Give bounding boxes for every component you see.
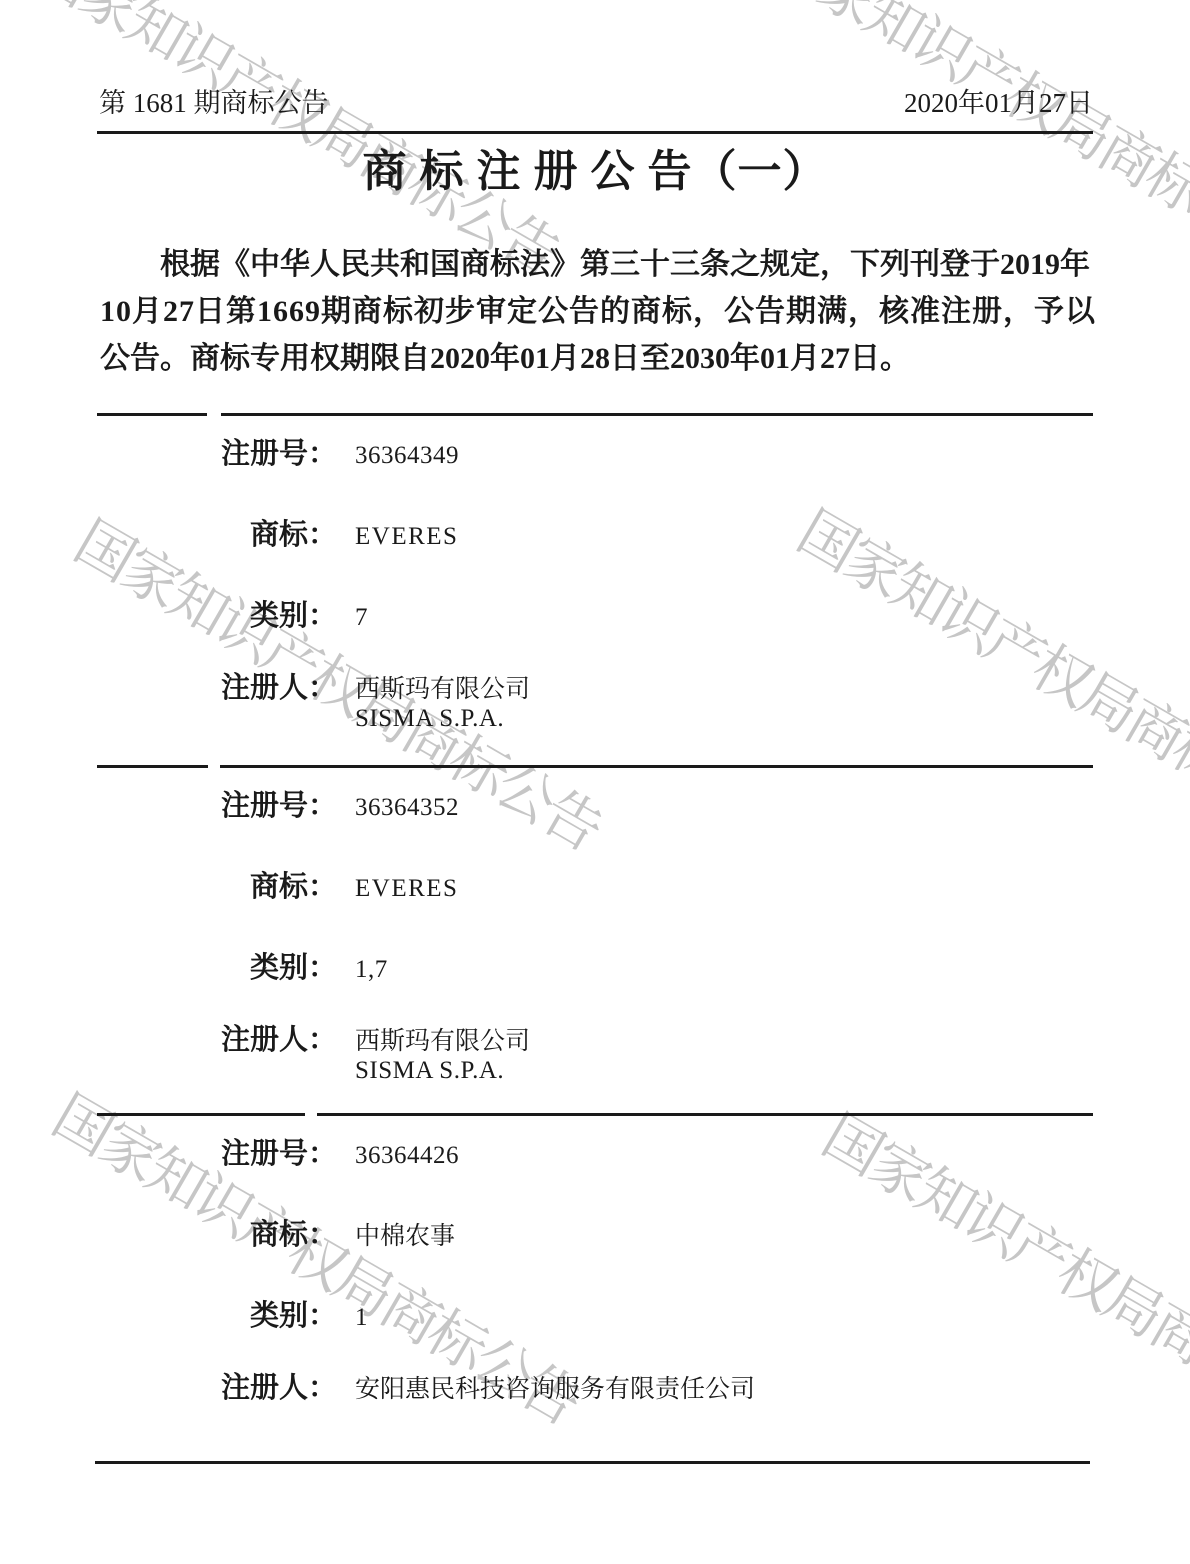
trademark-record: 注册号：36364349 商标：EVERES 类别：7 注册人：西斯玛有限公司 … [97, 413, 1093, 765]
field-label-registrant: 注册人： [97, 665, 337, 706]
trademark-row: 商标：中棉农事 [97, 1212, 1093, 1250]
gazette-date: 2020年01月27日 [904, 87, 1093, 119]
intro-line: 公告。商标专用权期限自2020年01月28日至2030年01月27日。 [100, 335, 1092, 382]
field-label-registrant: 注册人： [97, 1017, 337, 1058]
registration-number-row: 注册号：36364426 [97, 1131, 1093, 1169]
category-value: 1 [355, 1304, 368, 1331]
rule-gap [208, 765, 220, 768]
registrant-row: 注册人：西斯玛有限公司 [97, 1017, 1093, 1055]
field-label-trademark: 商标： [97, 864, 337, 905]
registration-number-value: 36364426 [355, 1142, 459, 1169]
registrant-cn-value: 西斯玛有限公司 [355, 676, 530, 703]
trademark-value: 中棉农事 [355, 1223, 455, 1250]
field-label-trademark: 商标： [97, 512, 337, 553]
registrant-en-row: SISMA S.P.A. [97, 1057, 1093, 1095]
field-label-category: 类别： [97, 1293, 337, 1334]
registrant-en-value: SISMA S.P.A. [355, 705, 504, 733]
field-label-reg-no: 注册号： [97, 1131, 337, 1172]
field-label-category: 类别： [97, 945, 337, 986]
intro-paragraph: 根据《中华人民共和国商标法》第三十三条之规定，下列刊登于2019年 10月27日… [100, 241, 1092, 382]
intro-line: 根据《中华人民共和国商标法》第三十三条之规定，下列刊登于2019年 [100, 241, 1092, 288]
trademark-record: 注册号：36364426 商标：中棉农事 类别：1 注册人：安阳惠民科技咨询服务… [97, 1113, 1093, 1461]
category-row: 类别：1,7 [97, 945, 1093, 983]
trademark-row: 商标：EVERES [97, 864, 1093, 902]
trademark-row: 商标：EVERES [97, 512, 1093, 550]
field-label-trademark: 商标： [97, 1212, 337, 1253]
registration-number-value: 36364352 [355, 794, 459, 821]
registration-number-row: 注册号：36364349 [97, 431, 1093, 469]
registration-number-row: 注册号：36364352 [97, 783, 1093, 821]
header-rule [97, 131, 1093, 134]
registrant-en-row: SISMA S.P.A. [97, 705, 1093, 743]
field-label-registrant: 注册人： [97, 1365, 337, 1406]
rule-gap [207, 413, 221, 416]
category-value: 7 [355, 604, 368, 631]
registrant-row: 注册人：西斯玛有限公司 [97, 665, 1093, 703]
trademark-record: 注册号：36364352 商标：EVERES 类别：1,7 注册人：西斯玛有限公… [97, 765, 1093, 1113]
watermark-text: 国家知识产权局商标公告 [760, 0, 1190, 280]
category-row: 类别：1 [97, 1293, 1093, 1331]
field-label-category: 类别： [97, 593, 337, 634]
registrant-row: 注册人：安阳惠民科技咨询服务有限责任公司 [97, 1365, 1093, 1403]
registrant-cn-value: 西斯玛有限公司 [355, 1028, 530, 1055]
trademark-value: EVERES [355, 523, 458, 550]
page-header: 第 1681 期商标公告 2020年01月27日 [99, 87, 1093, 119]
page-title: 商 标 注 册 公 告（一） [0, 146, 1190, 198]
category-value: 1,7 [355, 956, 388, 983]
field-label-reg-no: 注册号： [97, 783, 337, 824]
bottom-rule [95, 1461, 1090, 1464]
category-row: 类别：7 [97, 593, 1093, 631]
gazette-issue-label: 第 1681 期商标公告 [99, 87, 329, 119]
rule-gap [305, 1113, 317, 1116]
gazette-page: 国家知识产权局商标公告 国家知识产权局商标公告 国家知识产权局商标公告 国家知识… [0, 0, 1190, 1564]
registrant-cn-value: 安阳惠民科技咨询服务有限责任公司 [355, 1376, 755, 1403]
field-label-reg-no: 注册号： [97, 431, 337, 472]
registration-number-value: 36364349 [355, 442, 459, 469]
intro-line: 10月27日第1669期商标初步审定公告的商标，公告期满，核准注册，予以 [100, 288, 1092, 335]
trademark-value: EVERES [355, 875, 458, 902]
registrant-en-value: SISMA S.P.A. [355, 1057, 504, 1085]
